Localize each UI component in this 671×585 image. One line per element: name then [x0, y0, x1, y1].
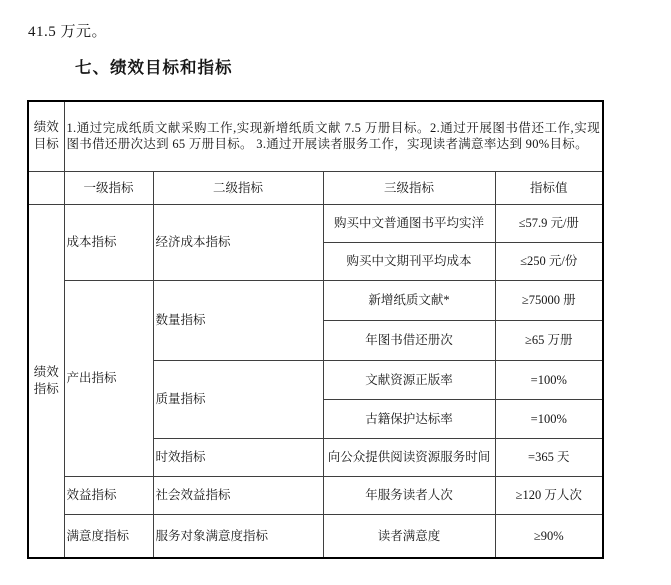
level2-social-benefit-indicator: 社会效益指标: [153, 476, 323, 514]
header-empty-cell: [28, 171, 64, 204]
performance-indicators-table: 绩效 目标 1.通过完成纸质文献采购工作,实现新增纸质文献 7.5 万册目标。2…: [27, 100, 604, 559]
level2-quantity-indicator: 数量指标: [153, 280, 323, 360]
intro-text: 41.5 万元。: [28, 20, 107, 41]
goal-row-label: 绩效 目标: [28, 101, 64, 171]
level2-service-target-satisfaction-indicator: 服务对象满意度指标: [153, 514, 323, 558]
level2-quality-indicator: 质量指标: [153, 360, 323, 438]
goal-label-line1: 绩效: [31, 119, 62, 136]
goal-label-line2: 目标: [31, 136, 62, 153]
indicator-value: ≥90%: [495, 514, 603, 558]
level3-indicator: 向公众提供阅读资源服务时间: [323, 438, 495, 476]
goal-description: 1.通过完成纸质文献采购工作,实现新增纸质文献 7.5 万册目标。2.通过开展图…: [64, 101, 603, 171]
level3-indicator: 年图书借还册次: [323, 320, 495, 360]
indicator-value: ≥65 万册: [495, 320, 603, 360]
indicator-value: =365 天: [495, 438, 603, 476]
table-row: 效益指标 社会效益指标 年服务读者人次 ≥120 万人次: [28, 476, 603, 514]
level2-economic-cost-indicator: 经济成本指标: [153, 204, 323, 280]
level2-timeliness-indicator: 时效指标: [153, 438, 323, 476]
level3-indicator: 读者满意度: [323, 514, 495, 558]
table-header-row: 一级指标 二级指标 三级指标 指标值: [28, 171, 603, 204]
level3-indicator: 古籍保护达标率: [323, 399, 495, 438]
level1-satisfaction-indicator: 满意度指标: [64, 514, 153, 558]
level3-indicator: 年服务读者人次: [323, 476, 495, 514]
header-level2-indicator: 二级指标: [153, 171, 323, 204]
level1-benefit-indicator: 效益指标: [64, 476, 153, 514]
level1-output-indicator: 产出指标: [64, 280, 153, 476]
indicator-value: ≤250 元/份: [495, 242, 603, 280]
level3-indicator: 购买中文期刊平均成本: [323, 242, 495, 280]
document-page: 41.5 万元。 七、绩效目标和指标 绩效 目标 1.通过完成纸质文献采购工作,…: [0, 0, 671, 585]
header-indicator-value: 指标值: [495, 171, 603, 204]
header-level1-indicator: 一级指标: [64, 171, 153, 204]
side-label-line1: 绩效: [31, 364, 62, 381]
level1-cost-indicator: 成本指标: [64, 204, 153, 280]
indicator-value: ≥75000 册: [495, 280, 603, 320]
goal-row: 绩效 目标 1.通过完成纸质文献采购工作,实现新增纸质文献 7.5 万册目标。2…: [28, 101, 603, 171]
table-row: 满意度指标 服务对象满意度指标 读者满意度 ≥90%: [28, 514, 603, 558]
indicator-value: =100%: [495, 399, 603, 438]
indicator-value: =100%: [495, 360, 603, 399]
side-label-line2: 指标: [31, 381, 62, 398]
header-level3-indicator: 三级指标: [323, 171, 495, 204]
indicator-value: ≤57.9 元/册: [495, 204, 603, 242]
section-heading: 七、绩效目标和指标: [75, 54, 233, 78]
side-label-performance-indicators: 绩效 指标: [28, 204, 64, 558]
level3-indicator: 新增纸质文献*: [323, 280, 495, 320]
table-row: 绩效 指标 成本指标 经济成本指标 购买中文普通图书平均实洋 ≤57.9 元/册: [28, 204, 603, 242]
table-row: 产出指标 数量指标 新增纸质文献* ≥75000 册: [28, 280, 603, 320]
indicator-value: ≥120 万人次: [495, 476, 603, 514]
level3-indicator: 文献资源正版率: [323, 360, 495, 399]
level3-indicator: 购买中文普通图书平均实洋: [323, 204, 495, 242]
